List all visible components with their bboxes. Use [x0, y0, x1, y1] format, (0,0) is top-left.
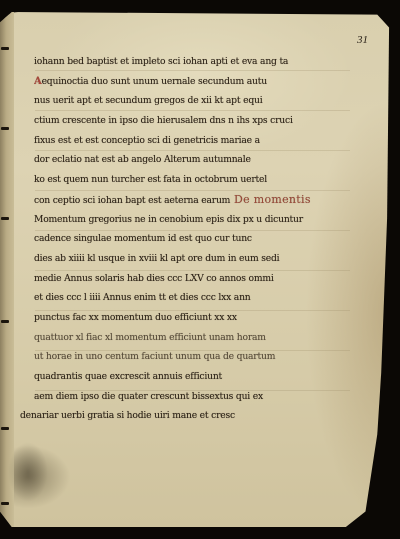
manuscript-line: et dies ccc l iiii Annus enim tt et dies…: [34, 288, 352, 308]
line-text: dies ab xiiii kl usque in xviii kl apt o…: [34, 253, 279, 264]
rubricated-initial: A: [34, 76, 42, 87]
binding-stitch: [1, 47, 9, 50]
line-text: dor eclatio nat est ab angelo Alterum au…: [34, 154, 251, 165]
line-text: ut horae in uno centum faciunt unum qua …: [34, 351, 275, 362]
manuscript-line: quattuor xl fiac xl momentum efficiunt u…: [34, 328, 352, 348]
line-text: con ceptio sci iohan bapt est aeterna ea…: [34, 195, 230, 206]
line-text: quattuor xl fiac xl momentum efficiunt u…: [34, 332, 266, 343]
line-text: ko est quem nun turcher est fata in octo…: [34, 174, 267, 185]
line-text: nus uerit apt et secundum gregos de xii …: [34, 95, 262, 106]
line-text: punctus fac xx momentum duo efficiunt xx…: [34, 312, 237, 323]
manuscript-line: denariar uerbi gratia si hodie uiri mane…: [20, 406, 352, 426]
water-stain: [8, 442, 48, 502]
manuscript-line: cadence singulae momentum id est quo cur…: [34, 229, 352, 249]
manuscript-line: ut horae in uno centum faciunt unum qua …: [34, 347, 352, 367]
manuscript-line: Momentum gregorius ne in cenobium epis d…: [34, 210, 352, 230]
manuscript-line: ko est quem nun turcher est fata in octo…: [34, 170, 352, 190]
line-text: medie Annus solaris hab dies ccc LXV co …: [34, 273, 274, 284]
manuscript-line: medie Annus solaris hab dies ccc LXV co …: [34, 269, 352, 289]
line-text: aem diem ipso die quater crescunt bissex…: [34, 391, 263, 402]
line-text: fixus est et est conceptio sci di genetr…: [34, 135, 260, 146]
manuscript-line: iohann bed baptist et impleto sci iohan …: [34, 52, 352, 72]
binding-stitch: [1, 320, 9, 323]
line-text: cadence singulae momentum id est quo cur…: [34, 233, 252, 244]
manuscript-line: nus uerit apt et secundum gregos de xii …: [34, 91, 352, 111]
manuscript-line: con ceptio sci iohan bapt est aeterna ea…: [34, 190, 352, 210]
manuscript-line: aem diem ipso die quater crescunt bissex…: [34, 387, 352, 407]
manuscript-line: punctus fac xx momentum duo efficiunt xx…: [34, 308, 352, 328]
line-text: iohann bed baptist et impleto sci iohan …: [34, 56, 288, 67]
manuscript-viewer: 31 iohann bed baptist et impleto sci ioh…: [0, 0, 400, 539]
binding-stitch: [1, 127, 9, 130]
manuscript-folio: 31 iohann bed baptist et impleto sci ioh…: [0, 12, 393, 527]
manuscript-line: dor eclatio nat est ab angelo Alterum au…: [34, 150, 352, 170]
binding-stitch: [1, 427, 9, 430]
line-text: ctium crescente in ipso die hierusalem d…: [34, 115, 293, 126]
text-block: iohann bed baptist et impleto sci iohan …: [34, 52, 352, 426]
folio-number: 31: [357, 34, 368, 46]
line-text: Momentum gregorius ne in cenobium epis d…: [34, 214, 303, 225]
line-text: et dies ccc l iiii Annus enim tt et dies…: [34, 292, 251, 303]
binding-stitch: [1, 217, 9, 220]
line-text: denariar uerbi gratia si hodie uiri mane…: [20, 410, 235, 421]
manuscript-line: quadrantis quae excrescit annuis efficiu…: [34, 367, 352, 387]
line-text: quadrantis quae excrescit annuis efficiu…: [34, 371, 222, 382]
manuscript-line: fixus est et est conceptio sci di genetr…: [34, 131, 352, 151]
manuscript-line: Aequinoctia duo sunt unum uernale secund…: [34, 72, 352, 92]
binding-stitch: [1, 502, 9, 505]
manuscript-line: ctium crescente in ipso die hierusalem d…: [34, 111, 352, 131]
line-text: equinoctia duo sunt unum uernale secundu…: [42, 76, 267, 87]
rubric-heading: De momentis: [230, 193, 311, 206]
manuscript-line: dies ab xiiii kl usque in xviii kl apt o…: [34, 249, 352, 269]
